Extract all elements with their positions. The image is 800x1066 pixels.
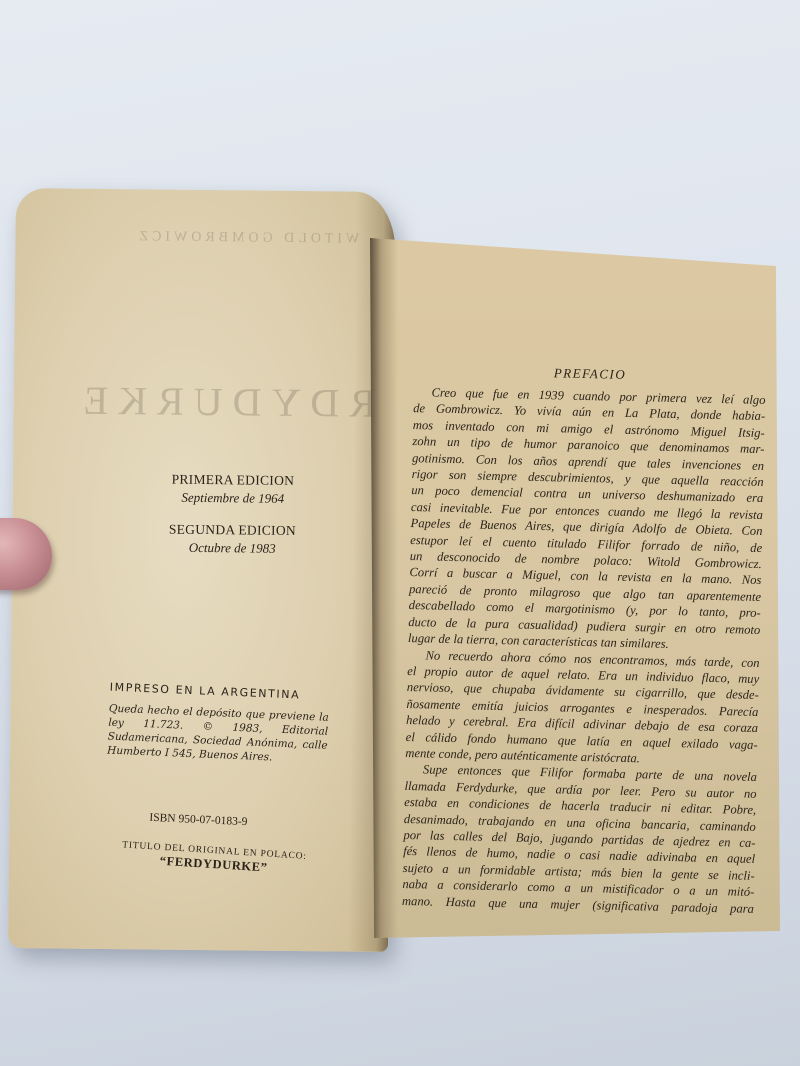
isbn: ISBN 950-07-0183-9	[149, 812, 248, 828]
right-page-preface: PREFACIO Creo que fue en 1939 cuando por…	[370, 238, 780, 938]
preface: PREFACIO Creo que fue en 1939 cuando por…	[402, 362, 766, 917]
preface-heading: PREFACIO	[414, 362, 766, 386]
left-page-copyright: WITOLD GOMBROWICZ FERDYDURKE PRIMERA EDI…	[8, 188, 396, 952]
printed-in: IMPRESO EN LA ARGENTINA	[110, 681, 330, 703]
edition-label: SEGUNDA EDICION	[162, 522, 302, 539]
edition-date: Septiembre de 1964	[163, 490, 303, 507]
bleed-through-author: WITOLD GOMBROWICZ	[135, 229, 359, 247]
preface-body: Creo que fue en 1939 cuando por primera …	[402, 384, 766, 917]
legal-notice: Queda hecho el depósito que previene la …	[107, 702, 329, 767]
bleed-through-title: FERDYDURKE	[74, 377, 396, 428]
edition-date: Octubre de 1983	[162, 540, 302, 557]
original-title-block: TITULO DEL ORIGINAL EN POLACO: “FERDYDUR…	[108, 840, 319, 879]
imprint-block: IMPRESO EN LA ARGENTINA Queda hecho el d…	[107, 681, 330, 767]
edition-label: PRIMERA EDICION	[163, 472, 303, 489]
photo-scene: WITOLD GOMBROWICZ FERDYDURKE PRIMERA EDI…	[0, 0, 800, 1066]
second-edition: SEGUNDA EDICION Octubre de 1983	[162, 522, 302, 557]
first-edition: PRIMERA EDICION Septiembre de 1964	[163, 472, 303, 507]
